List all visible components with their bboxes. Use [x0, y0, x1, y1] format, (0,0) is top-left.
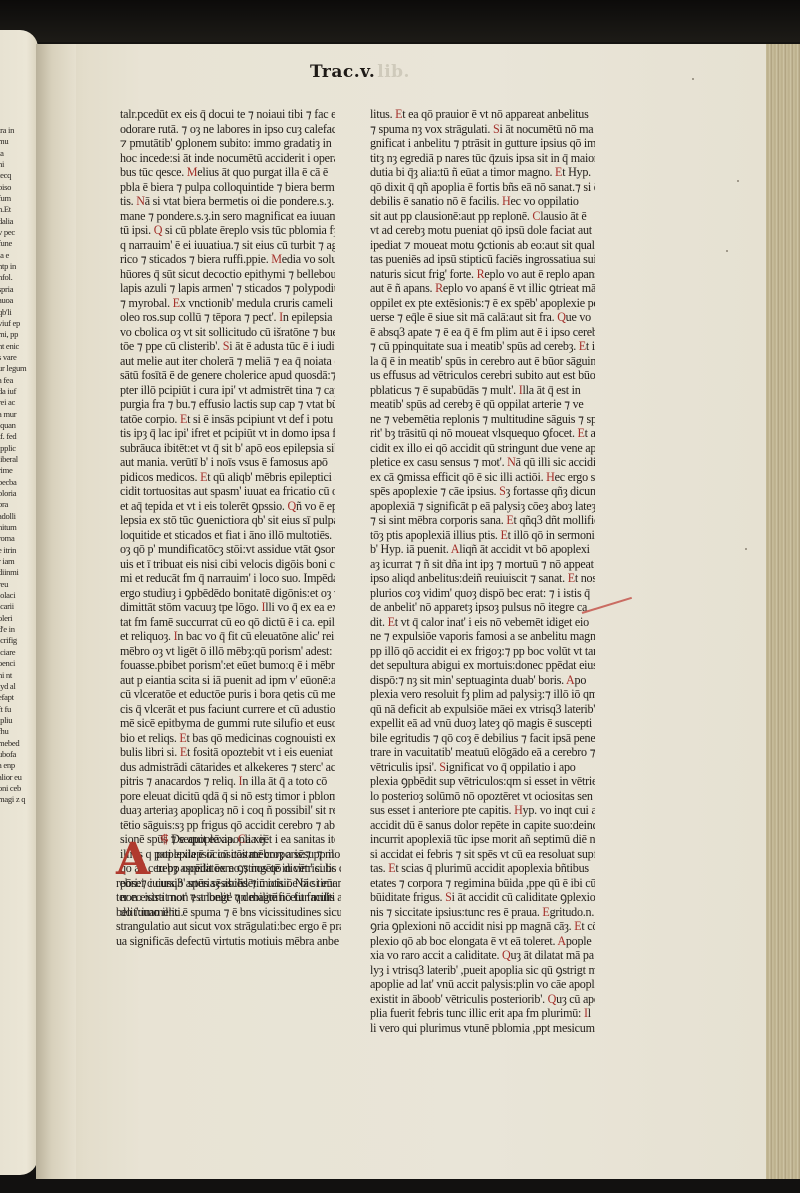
- text-line: spēs apoplexie ⁊ cāe ipsius. Sȝ fortasse…: [370, 484, 595, 499]
- text-line: tat fm famē succurrat cū eo qō dictū ē i…: [120, 615, 335, 630]
- fragment-line: rime: [0, 465, 38, 476]
- rubric-marker: A: [566, 673, 574, 687]
- fragment-line: magi z q: [0, 794, 38, 805]
- rubric-marker: E: [173, 296, 180, 310]
- text-line: bile egritudis ⁊ qō coȝ ē debilius ⁊ fac…: [370, 731, 595, 746]
- text-line: us effusus ad vētriculos cerebri subito …: [370, 368, 595, 383]
- fragment-line: tecq: [0, 170, 38, 181]
- rubric-marker: I: [239, 774, 243, 788]
- text-line: plurios coȝ vidim' quoȝ dispō bec erat: …: [370, 586, 595, 601]
- text-line: plexio qō ab boc elongata ē vt eā tolere…: [370, 934, 595, 949]
- text-line: pore eleuat dicitū qdā q̄ si nō estȝ tim…: [120, 789, 335, 804]
- rubric-marker: Q: [548, 992, 556, 1006]
- text-line: gnificat i anbelitu ⁊ ptrāsit in gutture…: [370, 136, 595, 151]
- fragment-line: nfol.: [0, 272, 38, 283]
- text-line: ⁊ spuma nȝ vox strāgulati. Si āt nocumēt…: [370, 122, 595, 137]
- text-line: ne ⁊ vebemētia replonis ⁊ multitudine sā…: [370, 412, 595, 427]
- text-line: pter illō pcipiūt i cura ipi' vt admistr…: [120, 383, 335, 398]
- fragment-line: ta: [0, 148, 38, 159]
- text-line: ergo studiuȝ i ꝯpbēdēdo bonitatē digōnis…: [120, 586, 335, 601]
- fragment-line: qb'li: [0, 307, 38, 318]
- text-line: bus tūc qesce. Melius āt quo purgat illa…: [120, 165, 335, 180]
- chapter-block: ⸿ De apoplexia. Ca.xij.poplexia ē ociosi…: [116, 832, 341, 948]
- fragment-line: mi, pp: [0, 329, 38, 340]
- rubric-marker: E: [568, 571, 575, 585]
- text-line: mēbro oȝ vt ligēt ō illō mēbȝ:qū porism'…: [120, 644, 335, 659]
- text-line: bulis libri si. Et fositā opoztebit vt i…: [120, 745, 335, 760]
- rubric-marker: I: [261, 600, 265, 614]
- text-line: accidit dū ē sanus dolor repēte in capit…: [370, 818, 595, 833]
- fragment-line: pecba: [0, 477, 38, 488]
- fragment-line: d'e in: [0, 624, 38, 635]
- text-line: būiditate frigus. Si āt accidit cū calid…: [370, 890, 595, 905]
- text-line: poplexia ē ociositas mēbroȝ a sēsu ⁊ mo: [116, 847, 341, 862]
- text-line: talr.pcedūt ex eis q̄ docui te ⁊ noiaui …: [120, 107, 335, 122]
- text-line: mē sicē epitbyma de gummi rute silufio e…: [120, 716, 335, 731]
- text-line: et reliquoȝ. In bac vo q̄ fit cū eleuatō…: [120, 629, 335, 644]
- running-title: Trac.v.lib.: [310, 62, 410, 82]
- fragment-line: e itrin: [0, 545, 38, 556]
- text-line: hoc incede:si āt inde nocumētū acciderit…: [120, 151, 335, 166]
- text-line: purgia fra ⁊ bu.⁊ effusio lactis sup cap…: [120, 397, 335, 412]
- rubric-marker: E: [506, 513, 513, 527]
- text-line: pp illō qō accidit ei ex frigoȝ:⁊ pp boc…: [370, 644, 595, 659]
- fragment-line: v pec: [0, 227, 38, 238]
- rubric-marker: N: [507, 455, 515, 469]
- text-line: aut melie aut iter cholerā ⁊ meliā ⁊ ea …: [120, 354, 335, 369]
- text-line: apoplie ad lat' vnū accit palysis:plin v…: [370, 977, 595, 992]
- rubric-marker: Q: [154, 223, 162, 237]
- rubric-marker: A: [557, 934, 565, 948]
- text-line: si accidat ei febris ⁊ sit spēs vt cū ea…: [370, 847, 595, 862]
- rubric-marker: S: [499, 484, 505, 498]
- text-line: tas. Et scias q̄ plurimū accidit apoplex…: [370, 861, 595, 876]
- rubric-marker: A: [451, 542, 459, 556]
- text-line: ⁊ myrobal. Ex vnctionib' medula cruris c…: [120, 296, 335, 311]
- rubric-marker: E: [542, 905, 549, 919]
- fragment-line: ubofa: [0, 749, 38, 760]
- text-line: xia vo raro accit a caliditate. Quȝ āt d…: [370, 948, 595, 963]
- text-line: oȝ qō p' mundificatōcȝ stōi:vt assidue v…: [120, 542, 335, 557]
- text-line: cū vlceratōe et eductōe puris i bora qet…: [120, 687, 335, 702]
- rubric-marker: E: [395, 107, 402, 121]
- page-edges: [766, 44, 800, 1179]
- rubric-marker: E: [388, 861, 395, 875]
- rubric-marker: S: [439, 760, 445, 774]
- fragment-line: mu: [0, 136, 38, 147]
- rubric-marker: R: [477, 267, 485, 281]
- fragment-line: biso: [0, 182, 38, 193]
- text-line: duaȝ arteriaȝ apoplicaȝ nō i coq ñ possi…: [120, 803, 335, 818]
- text-line: trare in vacuitatib' meatuū elōgādo eā a…: [370, 745, 595, 760]
- text-line: hūores q̄ sūt sicut decoctio epithymi ⁊ …: [120, 267, 335, 282]
- rubric-marker: E: [500, 528, 507, 542]
- fragment-line: liberal: [0, 454, 38, 465]
- text-line: dimittāt stōm vacuuȝ tpe lōgo. Illi vo q…: [120, 600, 335, 615]
- text-line: tis. Nā si vtat biera bermetis oi die po…: [120, 194, 335, 209]
- text-line: expellit eā ad vnū duoȝ lateȝ qō magis ē…: [370, 716, 595, 731]
- fragment-line: ploria: [0, 488, 38, 499]
- text-line: ipso aliqd anbelitus:deiñ reuiuiscit ⁊ s…: [370, 571, 595, 586]
- text-line: de anbelit' nō apparetȝ ipsoȝ pulsus nō …: [370, 600, 595, 615]
- text-line: ex cā ꝯmissa efficit qō ē sic illi actiō…: [370, 470, 595, 485]
- text-line: pitris ⁊ anacardos ⁊ reliq. In illa āt q…: [120, 774, 335, 789]
- text-line: cis q̄ vlcerāt et pus faciunt currere et…: [120, 702, 335, 717]
- rubric-marker: E: [578, 426, 585, 440]
- rubric-marker: S: [493, 122, 499, 136]
- fragment-line: nt enic: [0, 341, 38, 352]
- text-line: dus admistrādi cātarides et alkekeres ⁊ …: [120, 760, 335, 775]
- fragment-line: ni nt: [0, 670, 38, 681]
- text-line: tōȝ ptis apoplexiā illius ptis. Et illō …: [370, 528, 595, 543]
- fragment-line: bra: [0, 499, 38, 510]
- chapter-heading: ⸿ De apoplexia. Ca.xij.: [116, 832, 341, 847]
- fragment-line: oenci: [0, 658, 38, 669]
- text-line: etates ⁊ corpora ⁊ regimina būida ,ppe q…: [370, 876, 595, 891]
- text-line: dispō:⁊ nȝ sit min' septuaginta duab' bo…: [370, 673, 595, 688]
- rubric-marker: M: [187, 165, 198, 179]
- text-line: ē absq3 apate ⁊ ē ea q̄ ē fm plim aut ē …: [370, 325, 595, 340]
- top-shadow: [0, 0, 800, 42]
- rubric-marker: E: [180, 745, 187, 759]
- rubric-marker: I: [519, 383, 523, 397]
- text-line: qō dixit q̄ qñ apoplia ē fortis bñs eā n…: [370, 180, 595, 195]
- text-line: meatib' spūs ad cerebȝ ē qū oppilat arte…: [370, 397, 595, 412]
- fragment-line: rei ac: [0, 397, 38, 408]
- fragment-line: iolaci: [0, 590, 38, 601]
- text-line: dit. Et vt q̄ calor inat' i eis nō vebem…: [370, 615, 595, 630]
- text-line: vt ad cerebȝ motu pueniat qō ipsū dole f…: [370, 223, 595, 238]
- text-line: oppilet ex pte extēsionis:⁊ ē ex spēb' a…: [370, 296, 595, 311]
- text-line: pletice ex casu sensus ⁊ mot'. Nā qū ill…: [370, 455, 595, 470]
- fragment-line: roma: [0, 533, 38, 544]
- fragment-line: a fea: [0, 375, 38, 386]
- fragment-line: s vare: [0, 352, 38, 363]
- text-line: aut ē ñ apans. Replo vo apanś ē vt illic…: [370, 281, 595, 296]
- rubric-marker: Q: [557, 310, 565, 324]
- fragment-line: oni ceb: [0, 783, 38, 794]
- text-line: tū ipsi. Q si cū pblate ēreplo vsis tūc …: [120, 223, 335, 238]
- text-line: incurrit apoplexiā tūc ipse morit añ sep…: [370, 832, 595, 847]
- text-line: et aq̄ tepida et vt i eis tolerēt ꝯpssio…: [120, 499, 335, 514]
- text-line: ⁊ pmutātib' ꝯplonem subito: immo gradati…: [120, 136, 335, 151]
- rubric-marker: E: [579, 339, 586, 353]
- text-line: strangulatio aut sicut vox strāgulati:be…: [116, 919, 341, 934]
- rubric-marker: N: [136, 194, 144, 208]
- fragment-line: fune: [0, 238, 38, 249]
- fragment-line: auoa: [0, 295, 38, 306]
- text-line: pbla ē biera ⁊ pulpa colloquintide ⁊ bie…: [120, 180, 335, 195]
- rubric-marker: Q: [502, 948, 510, 962]
- rubric-marker: E: [555, 165, 562, 179]
- text-line: oleo ros.sup collū ⁊ tēpora ⁊ pect'. In …: [120, 310, 335, 325]
- text-line: ⁊ si sint mēbra corporis sana. Et qñq3 d…: [370, 513, 595, 528]
- rubric-marker: H: [502, 194, 510, 208]
- text-line: pblaticus ⁊ ē supabūdās ⁊ mult'. Illa āt…: [370, 383, 595, 398]
- text-line: sātū fosītā ē de genere cholerice apud q…: [120, 368, 335, 383]
- text-line: ne ⁊ expulsiōe vaporis famosi a se anbel…: [370, 629, 595, 644]
- fragment-line: ipplic: [0, 443, 38, 454]
- text-line: lyȝ i vtrisq3 laterib' ,pueit apoplia si…: [370, 963, 595, 978]
- text-line: rebri:⁊ i cursib' spūs sēsibilis ⁊ motiu…: [116, 876, 341, 891]
- text-line: cidit tortuositas aut spasm' iuuat ea fr…: [120, 484, 335, 499]
- fragment-line: viuf ep: [0, 318, 38, 329]
- text-line: belit':imo illic ē spuma ⁊ ē bns vicissi…: [116, 905, 341, 920]
- left-text-column: talr.pcedūt ex eis q̄ docui te ⁊ noiaui …: [120, 107, 335, 919]
- text-line: qū nā deficit ab expulsiōe māei ex vtris…: [370, 702, 595, 717]
- text-line: la q̄ ē in meatib' spūs in cerebro aut ē…: [370, 354, 595, 369]
- fragment-line: mebed: [0, 738, 38, 749]
- text-line: bio et reliqs. Et bas qō medicinas cogno…: [120, 731, 335, 746]
- rubric-marker: C: [532, 209, 540, 223]
- text-line: plia fuerit febris tunc illic erit apa f…: [370, 1006, 595, 1021]
- text-line: fouasse.pbibet porism':et eūet bumo:q ē …: [120, 658, 335, 673]
- fragment-line: ni: [0, 159, 38, 170]
- right-text-column: litus. Et ea qō prauior ē vt nō appareat…: [370, 107, 595, 1035]
- text-line: aut p eiantia scita si iā puenit ad ipm …: [120, 673, 335, 688]
- text-line: rico ⁊ sticados ⁊ biera ruffi.ppie. Medi…: [120, 252, 335, 267]
- fragment-line: fum: [0, 193, 38, 204]
- fragment-line: icarii: [0, 601, 38, 612]
- rubric-marker: E: [388, 615, 395, 629]
- text-line: mi et reducāt fm q̄ narrauim' i loco suo…: [120, 571, 335, 586]
- text-line: apoplexiā ⁊ significāt p eā palysiȝ cōeȝ…: [370, 499, 595, 514]
- text-line: ter eo istra mot' ⁊ anbelit' ⁊ debilitē …: [116, 890, 341, 905]
- text-line: titȝ nȝ egrediā p nares tūc q̄zuis ipsa …: [370, 151, 595, 166]
- running-title-text: Trac.v.: [310, 62, 375, 82]
- running-title-faint: lib.: [377, 62, 410, 82]
- foxing-spot: [737, 180, 739, 182]
- rubric-marker: I: [174, 629, 178, 643]
- fragment-line: a enp: [0, 760, 38, 771]
- text-line: plexia vero resoluit fȝ plim ad palysiȝ:…: [370, 687, 595, 702]
- text-line: tōe ⁊ ppe cū clisterib'. Si āt ē adusta …: [120, 339, 335, 354]
- fragment-line: fhu: [0, 726, 38, 737]
- text-line: ꝯria ꝯplexioni nō accidit nisi pp magnā …: [370, 919, 595, 934]
- text-line: subrāuca ibitēt:et vt q̄ sit b' apō eos …: [120, 441, 335, 456]
- fragment-line: ft fu: [0, 704, 38, 715]
- rubric-marker: S: [223, 339, 229, 353]
- fragment-line: diinmi: [0, 567, 38, 578]
- fragment-line: adolli: [0, 511, 38, 522]
- text-line: mane ⁊ pondere.s.ȝ.in sero magnificat ea…: [120, 209, 335, 224]
- text-line: uis et ī tribuat eis nisi cibi velocis d…: [120, 557, 335, 572]
- foxing-spot: [692, 78, 694, 80]
- fragment-line: oleri: [0, 613, 38, 624]
- text-line: tatōe corpio. Et si ē insās pcipiunt vt …: [120, 412, 335, 427]
- text-line: tētio sāguis:sȝ pp frigus qō accidit cer…: [120, 818, 335, 833]
- text-line: vo cbolica oȝ vt sit sollicitudo cū išra…: [120, 325, 335, 340]
- text-line: plexia ꝯpbēdit sup vētriculos:qm si esse…: [370, 774, 595, 789]
- foxing-spot: [726, 250, 728, 252]
- book-scan: tra inmutanitecqbisofumn.Etdaliav pecfun…: [0, 0, 800, 1193]
- text-line: ua significās defectū virtutis motiuis m…: [116, 934, 341, 949]
- text-line: litus. Et ea qō prauior ē vt nō appareat…: [370, 107, 595, 122]
- text-line: aut mania. verūtī b' i noīs vsus ē famos…: [120, 455, 335, 470]
- text-line: dutia bi q̄ȝ alia:tū ñ eūat a timor magn…: [370, 165, 595, 180]
- fragment-line: ntp in: [0, 261, 38, 272]
- text-line: lapis azuli ⁊ lapis armen' ⁊ sticados ⁊ …: [120, 281, 335, 296]
- text-line: ⁊ cū ppinquitate sua i meatib' spūs ad c…: [370, 339, 595, 354]
- rubric-marker: E: [180, 412, 187, 426]
- fragment-line: dalia: [0, 216, 38, 227]
- text-line: odorare rutā. ⁊ oȝ ne labores in ipso cu…: [120, 122, 335, 137]
- text-line: lepsia ex stō tūc ꝯuenictiora qb' sit ei…: [120, 513, 335, 528]
- fragment-line: alior eu: [0, 772, 38, 783]
- rubric-marker: E: [200, 470, 207, 484]
- text-line: lo posterioȝ solūmō nō opoztēret vt ocio…: [370, 789, 595, 804]
- rubric-marker: I: [584, 1006, 588, 1020]
- text-line: existit in āboob' vētriculis posteriorib…: [370, 992, 595, 1007]
- fragment-line: a mur: [0, 409, 38, 420]
- foxing-spot: [745, 548, 747, 550]
- fragment-line: tra in: [0, 125, 38, 136]
- text-line: pidicos medicos. Et qū aliqb' mēbris epi…: [120, 470, 335, 485]
- fragment-line: n.Et: [0, 204, 38, 215]
- text-line: b' Hyp. iā puenit. Aliqñ āt accidit vt b…: [370, 542, 595, 557]
- text-line: vētriculis ipsi'. Significat vo q̄ oppil…: [370, 760, 595, 775]
- fragment-line: tf. fed: [0, 431, 38, 442]
- fragment-line: r iam: [0, 556, 38, 567]
- fragment-line: ia e: [0, 250, 38, 261]
- text-line: naturis sicut frig' forte. Replo vo aut …: [370, 267, 595, 282]
- fragment-line: iquan: [0, 420, 38, 431]
- rubric-marker: I: [279, 310, 283, 324]
- fragment-line: efapt: [0, 692, 38, 703]
- text-line: cidit ex illo ei qō accidit qū stringunt…: [370, 441, 595, 456]
- text-line: debilis ē sanatio nō ē facilis. Hec vo o…: [370, 194, 595, 209]
- text-line: tas pueniēs ad ipsū stipticū faciēs ingr…: [370, 252, 595, 267]
- text-line: ipediat ⁊ moueat motu ꝯctionis ab eo:aut…: [370, 238, 595, 253]
- fragment-line: nitum: [0, 522, 38, 533]
- fragment-line: da iuf: [0, 386, 38, 397]
- fragment-line: ipliu: [0, 715, 38, 726]
- rubric-marker: R: [435, 281, 443, 295]
- fragment-line: lyd al: [0, 681, 38, 692]
- text-line: tis ipȝ q̄ lac ipi' ifret et pcipiūt vt …: [120, 426, 335, 441]
- rubric-marker: Q: [287, 499, 295, 513]
- text-line: nis ⁊ siccitate ipsius:tunc res ē praua.…: [370, 905, 595, 920]
- fragment-line: reu: [0, 579, 38, 590]
- text-line: sit aut pp clausionē:aut pp replonē. Cla…: [370, 209, 595, 224]
- rubric-marker: H: [546, 470, 554, 484]
- fragment-line: iciare: [0, 647, 38, 658]
- rubric-marker: H: [514, 803, 522, 817]
- rubric-marker: E: [179, 731, 186, 745]
- text-line: det sepultura abigui ex mortuis:donec pp…: [370, 658, 595, 673]
- left-page-text-fragment: tra inmutanitecqbisofumn.Etdaliav pecfun…: [0, 125, 38, 806]
- rubric-marker: E: [574, 919, 581, 933]
- text-line: loquitide et sticados et fiat i āno illō…: [120, 528, 335, 543]
- text-line: tu pp oppilatōem ꝯstingētē in vētriculis…: [116, 861, 341, 876]
- text-line: aȝ icurrat ⁊ ñ sit dña int ipȝ ⁊ mortuū …: [370, 557, 595, 572]
- fragment-line: spria: [0, 284, 38, 295]
- fragment-line: icrifig: [0, 635, 38, 646]
- text-line: q narrauim' ē ei iuuatiua.⁊ sit eius cū …: [120, 238, 335, 253]
- text-line: uerse ⁊ eq̄le ē siue sit mā calā:aut sit…: [370, 310, 595, 325]
- gutter-shadow: [36, 44, 76, 1179]
- text-line: rit' bȝ trāsitū qi nō moueat vlsquequo ꝯ…: [370, 426, 595, 441]
- text-line: li vero qui plurimus vtunē pblomia ,ppt …: [370, 1021, 595, 1036]
- rubric-marker: S: [445, 890, 451, 904]
- rubric-marker: M: [271, 252, 282, 266]
- fragment-line: ur legum: [0, 363, 38, 374]
- text-line: sus esset i anteriore pte capitis. Hyp. …: [370, 803, 595, 818]
- left-page-edge: tra inmutanitecqbisofumn.Etdaliav pecfun…: [0, 30, 38, 1175]
